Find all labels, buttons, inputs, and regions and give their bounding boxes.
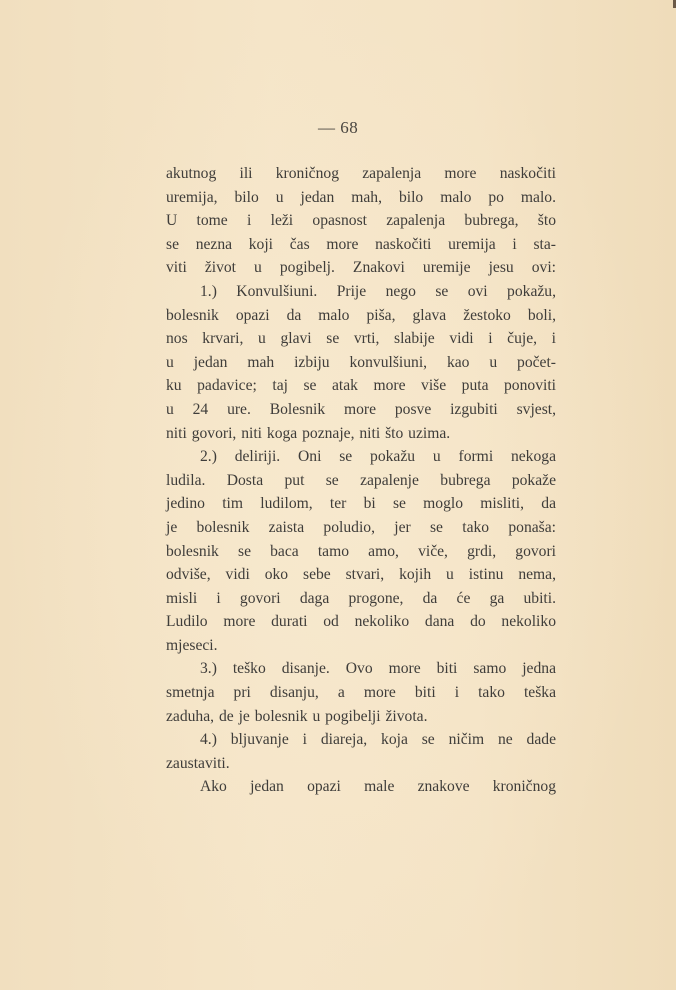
text-line: zaustaviti. [166, 752, 556, 776]
book-page: — 68 akutnog ili kroničnog zapalenja mor… [0, 0, 676, 990]
text-line: jedino tim ludilom, ter bi se moglo misl… [166, 492, 556, 516]
text-line: zaduha, de je bolesnik u pogibelji život… [166, 705, 556, 729]
text-line: Ludilo more durati od nekoliko dana do n… [166, 610, 556, 634]
text-line: niti govori, niti koga poznaje, niti što… [166, 422, 556, 446]
text-line: se nezna koji čas more naskočiti uremija… [166, 233, 556, 257]
text-line: 2.) deliriji. Oni se pokažu u formi neko… [166, 445, 556, 469]
text-line: odviše, vidi oko sebe stvari, kojih u is… [166, 563, 556, 587]
text-line: misli i govori daga progone, da će ga ub… [166, 587, 556, 611]
text-line: u 24 ure. Bolesnik more posve izgubiti s… [166, 398, 556, 422]
text-line: uremija, bilo u jedan mah, bilo malo po … [166, 186, 556, 210]
text-line: Ako jedan opazi male znakove kroničnog [166, 775, 556, 799]
text-line: bolesnik se baca tamo amo, viče, grdi, g… [166, 540, 556, 564]
text-line: 1.) Konvulšiuni. Prije nego se ovi pokaž… [166, 280, 556, 304]
text-line: 3.) teško disanje. Ovo more biti samo je… [166, 657, 556, 681]
text-line: mjeseci. [166, 634, 556, 658]
text-line: bolesnik opazi da malo piša, glava žesto… [166, 304, 556, 328]
text-line: nos krvari, u glavi se vrti, slabije vid… [166, 327, 556, 351]
text-line: ludila. Dosta put se zapalenje bubrega p… [166, 469, 556, 493]
text-line: U tome i leži opasnost zapalenja bubrega… [166, 209, 556, 233]
body-text: akutnog ili kroničnog zapalenja more nas… [166, 162, 556, 799]
text-line: ku padavice; taj se atak more više puta … [166, 374, 556, 398]
text-line: u jedan mah izbiju konvulšiuni, kao u po… [166, 351, 556, 375]
text-line: viti život u pogibelj. Znakovi uremije j… [166, 256, 556, 280]
text-line: smetnja pri disanju, a more biti i tako … [166, 681, 556, 705]
page-number: — 68 [318, 118, 358, 138]
text-line: 4.) bljuvanje i diareja, koja se ničim n… [166, 728, 556, 752]
text-line: je bolesnik zaista poludio, jer se tako … [166, 516, 556, 540]
text-line: akutnog ili kroničnog zapalenja more nas… [166, 162, 556, 186]
